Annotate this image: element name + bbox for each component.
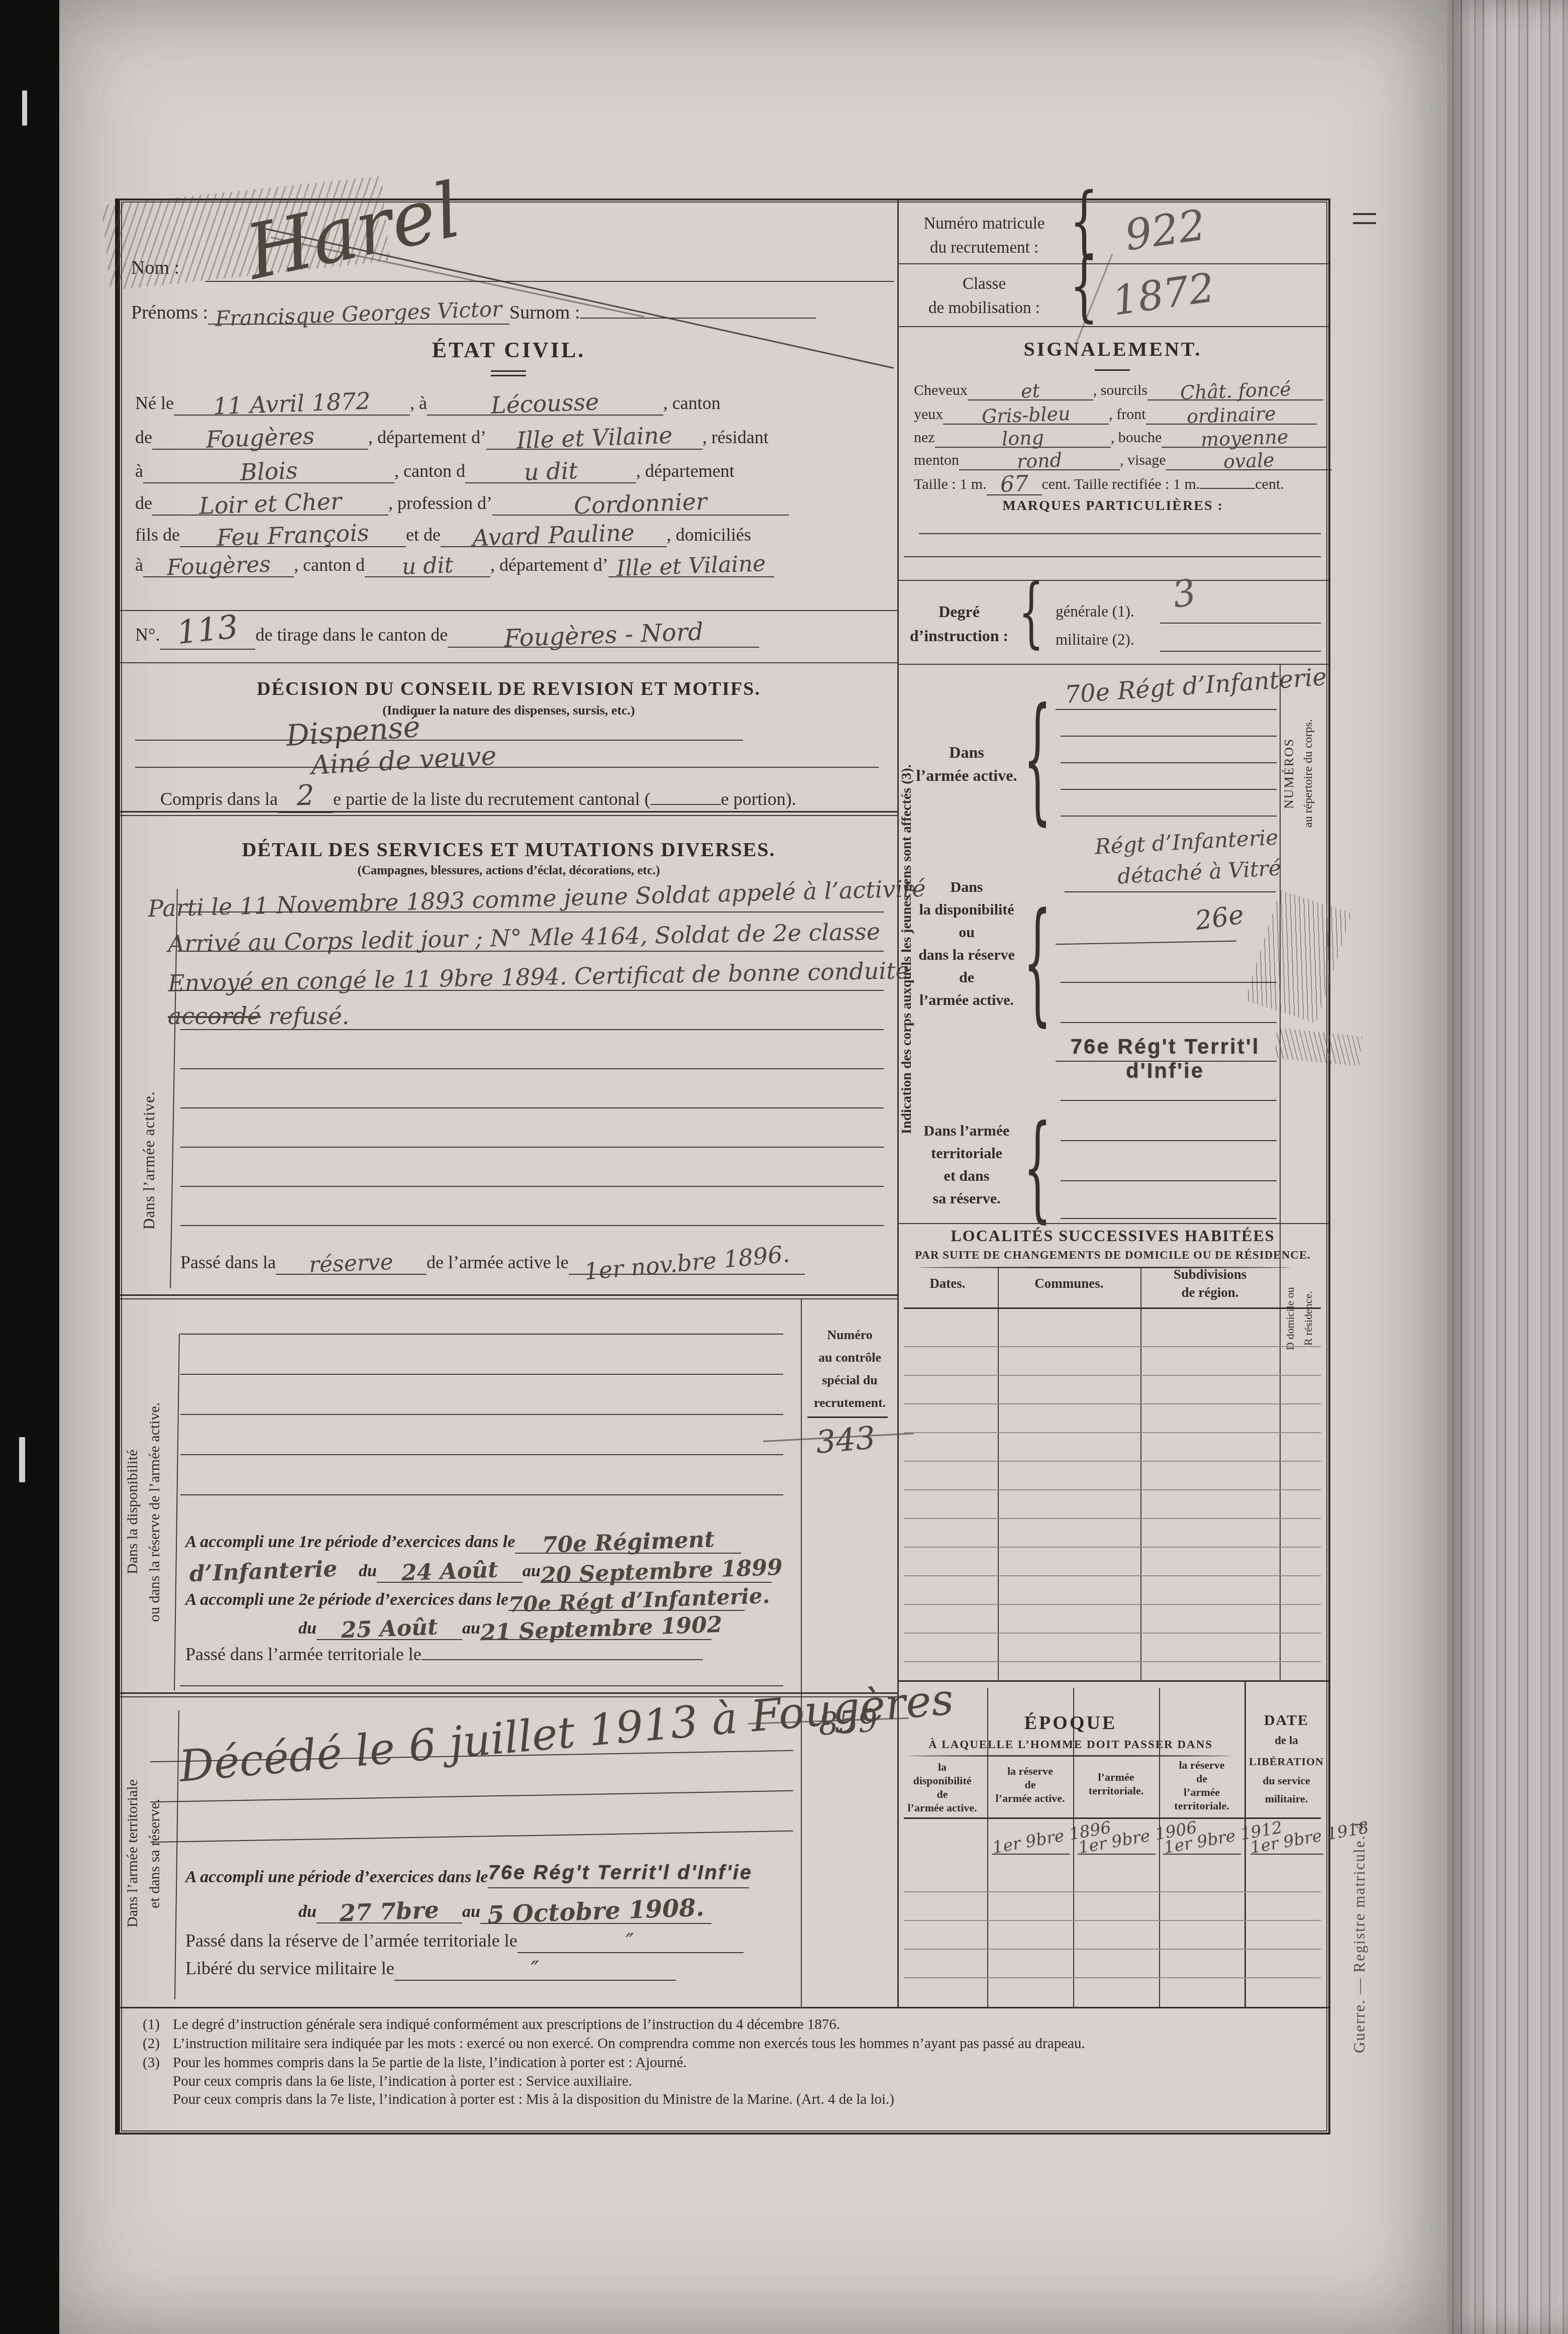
services-entry-4: accordé refusé. bbox=[168, 1002, 349, 1030]
date-sub-3: du service bbox=[1244, 1774, 1328, 1787]
dispo-corps-1: Régt d’Infanterie bbox=[1094, 825, 1279, 859]
writing-line bbox=[992, 1854, 1070, 1855]
writing-line bbox=[1056, 709, 1277, 710]
canton-tirage-value: Fougères - Nord bbox=[503, 618, 704, 653]
du-label: du bbox=[359, 1562, 377, 1581]
pere-value: Feu François bbox=[216, 519, 369, 552]
footnote-1-marker: (1) bbox=[143, 2016, 160, 2033]
dispo-box-line bbox=[174, 1334, 180, 1690]
periode2-du-field: 25 Août bbox=[317, 1613, 462, 1640]
footnote-5: Pour ceux compris dans la 7e liste, l’in… bbox=[173, 2091, 1313, 2108]
periode2-label: A accompli une 2e période d’exercices da… bbox=[185, 1590, 508, 1609]
matricule-label-2: du recrutement : bbox=[909, 239, 1060, 257]
armee-active-label-1: Dans bbox=[919, 743, 1014, 762]
numeros-header-2: au répertoire du corps. bbox=[1302, 678, 1315, 869]
taille-label: Taille : 1 m. bbox=[914, 476, 987, 493]
periode1-corps2-value: d’Infanterie bbox=[189, 1556, 338, 1587]
passe-reserve-terr-field: ″ bbox=[517, 1926, 744, 1953]
writing-line bbox=[1061, 736, 1277, 737]
departement-label: , département d’ bbox=[368, 427, 486, 448]
writing-line bbox=[180, 1186, 884, 1187]
footnote-1: Le degré d’instruction générale sera ind… bbox=[173, 2016, 1313, 2033]
instruction-militaire-label: militaire (2). bbox=[1056, 631, 1134, 649]
epoque-col4-l4: territoriale. bbox=[1174, 1799, 1229, 1812]
epoque-col3-l2: territoriale. bbox=[1089, 1784, 1143, 1797]
epoque-subtitle: À LAQUELLE L’HOMME DOIT PASSER DANS bbox=[897, 1738, 1244, 1751]
writing-line bbox=[1163, 1854, 1241, 1855]
epoque-title: ÉPOQUE bbox=[897, 1712, 1244, 1734]
profession-value: Cordonnier bbox=[573, 487, 707, 519]
prenoms-field: Francisque Georges Victor bbox=[208, 299, 509, 325]
writing-line bbox=[180, 990, 884, 991]
periode1-corps-field: 70e Régiment bbox=[515, 1527, 741, 1554]
page-stack-edge bbox=[1447, 0, 1568, 2334]
du-label: du bbox=[298, 1902, 317, 1921]
dispo-label-1: Dans bbox=[919, 879, 1014, 896]
footnote-4: Pour ceux compris dans la 6e liste, l’in… bbox=[173, 2073, 1313, 2090]
epoque-col4-l3: l’armée bbox=[1184, 1786, 1220, 1798]
writing-line bbox=[1056, 941, 1236, 945]
periode1-du-field: 24 Août bbox=[377, 1556, 522, 1583]
instruction-generale-value: 3 bbox=[1169, 571, 1199, 617]
taille-field: 67 bbox=[987, 469, 1042, 495]
numero-tirage-value: 113 bbox=[175, 608, 240, 652]
services-title: DÉTAIL DES SERVICES ET MUTATIONS DIVERSE… bbox=[120, 838, 897, 861]
writing-line bbox=[180, 1107, 884, 1108]
nom-line bbox=[205, 281, 894, 282]
matricule-value: 922 bbox=[1122, 200, 1208, 260]
terr-side-label-1: Dans l’armée territoriale bbox=[124, 1708, 141, 1999]
tirage-text: de tirage dans le canton de bbox=[255, 624, 448, 645]
matricule-form: Harel Nom : Prénoms : Francisque Georges… bbox=[118, 198, 1330, 2135]
writing-line bbox=[180, 1454, 783, 1455]
sourcils-field: Chât. foncé bbox=[1147, 377, 1323, 400]
localites-header-rule bbox=[904, 1307, 1321, 1309]
dispo-side-label-1: Dans la disponibilité bbox=[124, 1331, 141, 1693]
periode1-corps-value: 70e Régiment bbox=[542, 1527, 715, 1558]
classe-brace: { bbox=[1070, 241, 1098, 331]
page-edge-mark bbox=[1353, 213, 1376, 215]
numeros-header-1: NUMÉROS bbox=[1282, 683, 1297, 864]
classe-label: Classe bbox=[909, 275, 1060, 293]
cheveux-value: et bbox=[1020, 379, 1040, 402]
passe-reserve-terr-label: Passé dans la réserve de l’armée territo… bbox=[185, 1930, 517, 1951]
libere-field: ″ bbox=[394, 1954, 676, 1981]
au-label: au bbox=[462, 1619, 480, 1638]
writing-line bbox=[150, 1831, 793, 1843]
writing-line bbox=[180, 1029, 884, 1030]
instruction-generale-label: générale (1). bbox=[1056, 602, 1134, 621]
epoque-col1-l4: l’armée active. bbox=[907, 1801, 977, 1814]
controle-header-3: spécial du bbox=[803, 1373, 896, 1388]
register-page: Guerre. — Registre matricule. 4 Harel No… bbox=[59, 0, 1447, 2334]
numero-tirage-label: N°. bbox=[135, 624, 160, 645]
periode-terr-corps-field: 76e Rég't Territ'l d'Inf'ie bbox=[488, 1865, 749, 1888]
territ-brace: { bbox=[1023, 1100, 1052, 1235]
passe-reserve-value: réserve bbox=[308, 1249, 393, 1278]
passe-reserve-date-field: 1er nov.bre 1896. bbox=[569, 1247, 805, 1275]
writing-line bbox=[1061, 789, 1277, 790]
periode-terr-du-value: 27 7bre bbox=[339, 1896, 439, 1927]
writing-line bbox=[180, 1414, 783, 1415]
writing-line bbox=[135, 767, 879, 768]
canton-residence-value: u dit bbox=[524, 457, 578, 486]
epoque-col2-l3: l’armée active. bbox=[995, 1792, 1065, 1804]
dispo-value-26: 26e bbox=[1193, 900, 1245, 937]
departement-label: , département d’ bbox=[490, 554, 608, 575]
armee-active-brace: { bbox=[1023, 678, 1052, 838]
passe-reserve-field: réserve bbox=[276, 1248, 427, 1275]
front-label: , front bbox=[1109, 406, 1145, 423]
writing-line bbox=[180, 1147, 884, 1148]
compris-partie-value: 2 bbox=[296, 779, 315, 812]
armee-active-label-2: l’armée active. bbox=[904, 766, 1029, 785]
epoque-col1-header: la disponibilité de l’armée active. bbox=[897, 1760, 987, 1814]
footnote-2-marker: (2) bbox=[143, 2036, 160, 2052]
writing-line bbox=[180, 1685, 783, 1686]
canton-parents-value: u dit bbox=[401, 552, 454, 580]
title-dash bbox=[491, 375, 526, 376]
residence-value: Blois bbox=[240, 457, 298, 486]
bouche-field: moyenne bbox=[1162, 425, 1327, 448]
canton-naissance-value: Fougères bbox=[205, 422, 315, 453]
writing-line bbox=[180, 1068, 884, 1069]
title-dash bbox=[491, 370, 526, 372]
page-edge-mark bbox=[1353, 222, 1376, 224]
section-divider bbox=[120, 610, 897, 611]
etat-civil-title: ÉTAT CIVIL. bbox=[120, 337, 897, 363]
title-dash bbox=[1095, 369, 1130, 371]
date-sub-4: militaire. bbox=[1244, 1792, 1328, 1805]
epoque-col4-l1: la réserve bbox=[1179, 1759, 1225, 1771]
epoque-col4-header: la réserve de l’armée territoriale. bbox=[1159, 1758, 1244, 1812]
nez-value: long bbox=[1001, 427, 1044, 450]
localites-empty-rows bbox=[904, 1318, 1321, 1678]
dispo-side-label-2: ou dans la réserve de l’armée active. bbox=[146, 1331, 163, 1693]
writing-line bbox=[150, 1790, 793, 1802]
footnote-3-marker: (3) bbox=[143, 2055, 160, 2071]
localites-col-communes: Communes. bbox=[998, 1276, 1140, 1291]
writing-line bbox=[1061, 1218, 1277, 1219]
writing-line bbox=[1250, 1854, 1323, 1855]
periode-terr-au-field: 5 Octobre 1908. bbox=[480, 1895, 711, 1924]
date-naissance-field: 11 Avril 1872 bbox=[174, 387, 410, 416]
header-bottom-line bbox=[897, 326, 1328, 327]
territ-stamp: 76e Rég't Territ'l d'Inf'ie bbox=[1055, 1035, 1276, 1083]
passe-territoriale-label: Passé dans l’armée territoriale le bbox=[185, 1644, 422, 1665]
writing-line bbox=[919, 533, 1321, 534]
controle-header-rule bbox=[807, 1416, 888, 1418]
a-label: , à bbox=[410, 392, 427, 414]
double-divider bbox=[120, 815, 897, 816]
dispo-brace: { bbox=[1023, 884, 1052, 1039]
yeux-field: Gris-bleu bbox=[943, 401, 1109, 425]
regiment-stamp: 76e Rég't Territ'l d'Inf'ie bbox=[488, 1862, 753, 1884]
mere-value: Avard Pauline bbox=[472, 519, 636, 551]
a-label: à bbox=[135, 554, 143, 575]
mere-field: Avard Pauline bbox=[441, 519, 667, 547]
au-label: au bbox=[522, 1562, 541, 1581]
localites-col-subdiv-2: de région. bbox=[1140, 1285, 1280, 1300]
periode-terr-du-field: 27 7bre bbox=[317, 1895, 462, 1923]
writing-line bbox=[904, 556, 1321, 557]
epoque-col2-l1: la réserve bbox=[1007, 1765, 1053, 1777]
classe-label-2: de mobilisation : bbox=[909, 299, 1060, 318]
departement-naissance-field: Ille et Vilaine bbox=[486, 422, 702, 450]
controle-header-1: Numéro bbox=[803, 1328, 896, 1343]
nom-label: Nom : bbox=[131, 257, 179, 279]
periode1-au-field: 20 Septembre 1899 bbox=[541, 1556, 772, 1583]
writing-line bbox=[1061, 816, 1277, 817]
services-subtitle: (Campagnes, blessures, actions d’éclat, … bbox=[120, 864, 897, 878]
canton-residence-field: u dit bbox=[465, 455, 636, 483]
nez-label: nez bbox=[914, 429, 935, 446]
periode2-au-field: 21 Septembre 1902 bbox=[480, 1613, 711, 1640]
signalement-title: SIGNALEMENT. bbox=[897, 337, 1328, 361]
periode2-au-value: 21 Septembre 1902 bbox=[480, 1612, 722, 1646]
date-sub-2: LIBÉRATION bbox=[1244, 1755, 1328, 1768]
a-label: à bbox=[135, 460, 143, 481]
front-value: ordinaire bbox=[1186, 402, 1276, 428]
profession-label: , profession d’ bbox=[388, 492, 492, 514]
canton-tirage-field: Fougères - Nord bbox=[448, 619, 759, 648]
epoque-col1-l2: disponibilité bbox=[913, 1774, 971, 1787]
canton-label: , canton d bbox=[394, 460, 465, 481]
instruction-generale-line bbox=[1160, 623, 1321, 624]
bouche-label: , bouche bbox=[1111, 429, 1162, 446]
controle-value-343: 343 bbox=[814, 1419, 877, 1461]
sourcils-label: , sourcils bbox=[1093, 382, 1147, 399]
fils-de-label: fils de bbox=[135, 524, 180, 545]
date-naissance-value: 11 Avril 1872 bbox=[213, 387, 371, 420]
decision-subtitle: (Indiquer la nature des dispenses, sursi… bbox=[120, 703, 897, 718]
localites-col-subdiv-1: Subdivisions bbox=[1140, 1267, 1280, 1282]
libere-label: Libéré du service militaire le bbox=[185, 1958, 394, 1979]
sourcils-value: Chât. foncé bbox=[1180, 378, 1291, 404]
periode-terr-label: A accompli une période d’exercices dans … bbox=[185, 1868, 488, 1887]
passe-territoriale-field bbox=[422, 1659, 703, 1660]
header-divider bbox=[897, 263, 1328, 264]
periode1-au-value: 20 Septembre 1899 bbox=[540, 1555, 783, 1589]
taille-value: 67 bbox=[1000, 471, 1029, 497]
terr-side-label-2: et dans sa réserve. bbox=[146, 1708, 163, 1999]
numero-tirage-field: 113 bbox=[160, 612, 255, 650]
au-label: au bbox=[462, 1902, 480, 1921]
controle-value-859: 859 bbox=[817, 1702, 879, 1743]
classe-value: 1872 bbox=[1110, 264, 1218, 324]
double-divider bbox=[120, 1294, 897, 1296]
periode2-du-value: 25 Août bbox=[341, 1614, 438, 1644]
yeux-label: yeux bbox=[914, 406, 943, 423]
passe-reserve-label: Passé dans la bbox=[180, 1252, 276, 1273]
epoque-col2-header: la réserve de l’armée active. bbox=[987, 1764, 1073, 1805]
epoque-col3-l1: l’armée bbox=[1098, 1771, 1134, 1783]
canton-label: , canton bbox=[663, 392, 720, 414]
et-de-label: et de bbox=[406, 524, 441, 545]
periode1-corps2-field: d’Infanterie bbox=[168, 1556, 359, 1582]
menton-label: menton bbox=[914, 452, 959, 469]
book-gutter bbox=[0, 0, 59, 2334]
taille-rectifiee-field bbox=[1200, 488, 1255, 489]
date-title: DATE bbox=[1244, 1712, 1328, 1729]
footnotes-divider bbox=[120, 2007, 1328, 2008]
epoque-col1-l1: la bbox=[938, 1761, 947, 1773]
epoque-top-divider bbox=[897, 1680, 1328, 1682]
territ-label-1: Dans l’armée bbox=[904, 1123, 1029, 1140]
writing-line bbox=[1061, 1180, 1277, 1181]
territ-label-2: territoriale bbox=[904, 1145, 1029, 1162]
ne-le-label: Né le bbox=[135, 392, 174, 414]
departement-residence-field: Loir et Cher bbox=[152, 487, 388, 516]
writing-line bbox=[180, 1334, 783, 1335]
writing-line bbox=[180, 951, 884, 952]
localites-subtitle: PAR SUITE DE CHANGEMENTS DE DOMICILE OU … bbox=[897, 1249, 1328, 1262]
double-divider bbox=[120, 1298, 897, 1299]
writing-line bbox=[135, 740, 743, 741]
localites-top-divider bbox=[897, 1223, 1328, 1224]
dispo-label-6: l’armée active. bbox=[904, 992, 1029, 1009]
cheveux-label: Cheveux bbox=[914, 382, 968, 399]
yeux-value: Gris-bleu bbox=[981, 402, 1071, 428]
taille-rectifiee-label: cent. Taille rectifiée : 1 m. bbox=[1042, 476, 1200, 493]
epoque-col1-l3: de bbox=[937, 1788, 948, 1800]
localites-col-dates: Dates. bbox=[897, 1276, 998, 1291]
prenoms-value: Francisque Georges Victor bbox=[215, 296, 503, 331]
ditto-mark: ″ bbox=[626, 1929, 635, 1955]
dispo-corps-2: détaché à Vitré bbox=[1117, 856, 1282, 889]
compris-partie-field: 2 bbox=[278, 779, 333, 813]
prenoms-label: Prénoms : bbox=[131, 301, 208, 324]
footnote-3: Pour les hommes compris dans la 5e parti… bbox=[173, 2055, 1313, 2071]
departement-parents-field: Ille et Vilaine bbox=[608, 551, 774, 577]
writing-line bbox=[1056, 1061, 1277, 1062]
profession-field: Cordonnier bbox=[492, 487, 789, 516]
domicile-parents-field: Fougères bbox=[143, 551, 294, 577]
services-entry-1: Parti le 11 Novembre 1893 comme jeune So… bbox=[148, 875, 926, 923]
de-label: de bbox=[135, 427, 152, 448]
writing-line bbox=[1061, 1100, 1277, 1101]
periode-terr-au-value: 5 Octobre 1908. bbox=[487, 1893, 704, 1929]
instruction-label-2: d’instruction : bbox=[904, 627, 1014, 645]
writing-line bbox=[1061, 1022, 1277, 1023]
nez-field: long bbox=[935, 425, 1111, 448]
instruction-brace: { bbox=[1018, 567, 1044, 656]
date-sub-1: de la bbox=[1244, 1734, 1328, 1747]
epoque-empty-rows bbox=[904, 1864, 1321, 2004]
canton-parents-field: u dit bbox=[365, 551, 490, 577]
scanned-register-photo: Guerre. — Registre matricule. 4 Harel No… bbox=[0, 0, 1568, 2334]
canton-naissance-field: Fougères bbox=[152, 422, 368, 450]
gutter-speck bbox=[22, 90, 27, 126]
cent-label: cent. bbox=[1255, 476, 1284, 493]
domicilies-label: , domiciliés bbox=[667, 524, 751, 545]
epoque-col4-l2: de bbox=[1196, 1772, 1207, 1785]
territ-label-4: sa réserve. bbox=[904, 1190, 1029, 1207]
section-divider bbox=[897, 664, 1328, 665]
compris-label-3: e portion). bbox=[721, 788, 796, 809]
lieu-naissance-field: Lécousse bbox=[427, 387, 663, 416]
ditto-mark: ″ bbox=[531, 1957, 540, 1983]
departement-label: , département bbox=[636, 460, 735, 481]
epoque-col3-header: l’armée territoriale. bbox=[1073, 1770, 1159, 1797]
front-field: ordinaire bbox=[1146, 401, 1317, 425]
writing-line bbox=[180, 1494, 783, 1495]
periode2-corps-value: 70e Régt d’Infanterie. bbox=[508, 1583, 770, 1617]
writing-line bbox=[1061, 762, 1277, 763]
decision-title: DÉCISION DU CONSEIL DE REVISION ET MOTIF… bbox=[120, 678, 897, 700]
double-divider bbox=[120, 811, 897, 813]
writing-line bbox=[180, 1225, 884, 1226]
compris-label-2: e partie de la liste du recrutement cant… bbox=[333, 788, 651, 809]
instruction-label-1: Degré bbox=[904, 602, 1014, 621]
marques-label: MARQUES PARTICULIÈRES : bbox=[897, 498, 1328, 514]
residence-field: Blois bbox=[143, 455, 394, 483]
writing-line bbox=[1061, 982, 1277, 983]
writing-line bbox=[180, 1374, 783, 1375]
departement-parents-value: Ille et Vilaine bbox=[616, 551, 767, 581]
de-label: de bbox=[135, 492, 152, 514]
du-label: du bbox=[298, 1619, 317, 1638]
residant-label: , résidant bbox=[702, 427, 769, 448]
section-divider bbox=[897, 580, 1328, 581]
canton-label: , canton d bbox=[294, 554, 365, 575]
visage-field: ovale bbox=[1166, 447, 1332, 470]
matricule-label: Numéro matricule bbox=[909, 215, 1060, 233]
departement-residence-value: Loir et Cher bbox=[198, 487, 342, 520]
compris-label: Compris dans la bbox=[160, 788, 278, 809]
departement-naissance-value: Ille et Vilaine bbox=[516, 422, 673, 454]
epoque-brace-line bbox=[909, 1755, 1230, 1757]
gutter-speck bbox=[19, 1437, 25, 1482]
armee-active-side-label: Dans l’armée active. bbox=[140, 1030, 158, 1291]
surnom-label: Surnom : bbox=[509, 301, 580, 324]
dispo-label-3: ou bbox=[919, 924, 1014, 941]
localites-title: LOCALITÉS SUCCESSIVES HABITÉES bbox=[897, 1227, 1328, 1245]
surnom-field bbox=[580, 318, 816, 319]
menton-field: rond bbox=[959, 447, 1120, 470]
compris-portion-field bbox=[651, 804, 721, 805]
section-divider bbox=[120, 662, 897, 663]
services-entry-4-rest: refusé. bbox=[268, 1002, 349, 1030]
visage-label: , visage bbox=[1120, 452, 1166, 469]
periode1-du-value: 24 Août bbox=[401, 1557, 498, 1586]
periode1-label: A accompli une 1re période d’exercices d… bbox=[185, 1533, 515, 1552]
lieu-naissance-value: Lécousse bbox=[490, 388, 599, 419]
writing-line bbox=[1078, 1854, 1156, 1855]
passe-reserve-date-value: 1er nov.bre 1896. bbox=[583, 1240, 791, 1285]
dispo-label-5: de bbox=[919, 969, 1014, 986]
epoque-header-rule bbox=[904, 1817, 1321, 1819]
dispo-label-4: dans la réserve bbox=[904, 947, 1029, 964]
writing-line bbox=[180, 911, 884, 912]
controle-header-2: au contrôle bbox=[803, 1350, 896, 1365]
footnote-2: L’instruction militaire sera indiquée pa… bbox=[173, 2036, 1313, 2052]
pencil-scribble bbox=[1274, 1028, 1362, 1066]
dispo-label-2: la disponibilité bbox=[904, 901, 1029, 919]
periode2-corps-field: 70e Régt d’Infanterie. bbox=[508, 1585, 745, 1611]
controle-column-divider bbox=[801, 1298, 802, 2007]
domicile-parents-value: Fougères bbox=[166, 551, 271, 580]
epoque-col2-l2: de bbox=[1025, 1778, 1036, 1791]
writing-line bbox=[1061, 1140, 1277, 1141]
territ-label-3: et dans bbox=[904, 1168, 1029, 1185]
instruction-militaire-line bbox=[1160, 651, 1321, 652]
cheveux-field: et bbox=[968, 377, 1093, 400]
services-entry-4-struck: accordé bbox=[168, 1002, 261, 1030]
writing-line bbox=[1065, 891, 1276, 892]
controle-header-4: recrutement. bbox=[803, 1395, 896, 1410]
pencil-scribble bbox=[1244, 890, 1352, 1023]
